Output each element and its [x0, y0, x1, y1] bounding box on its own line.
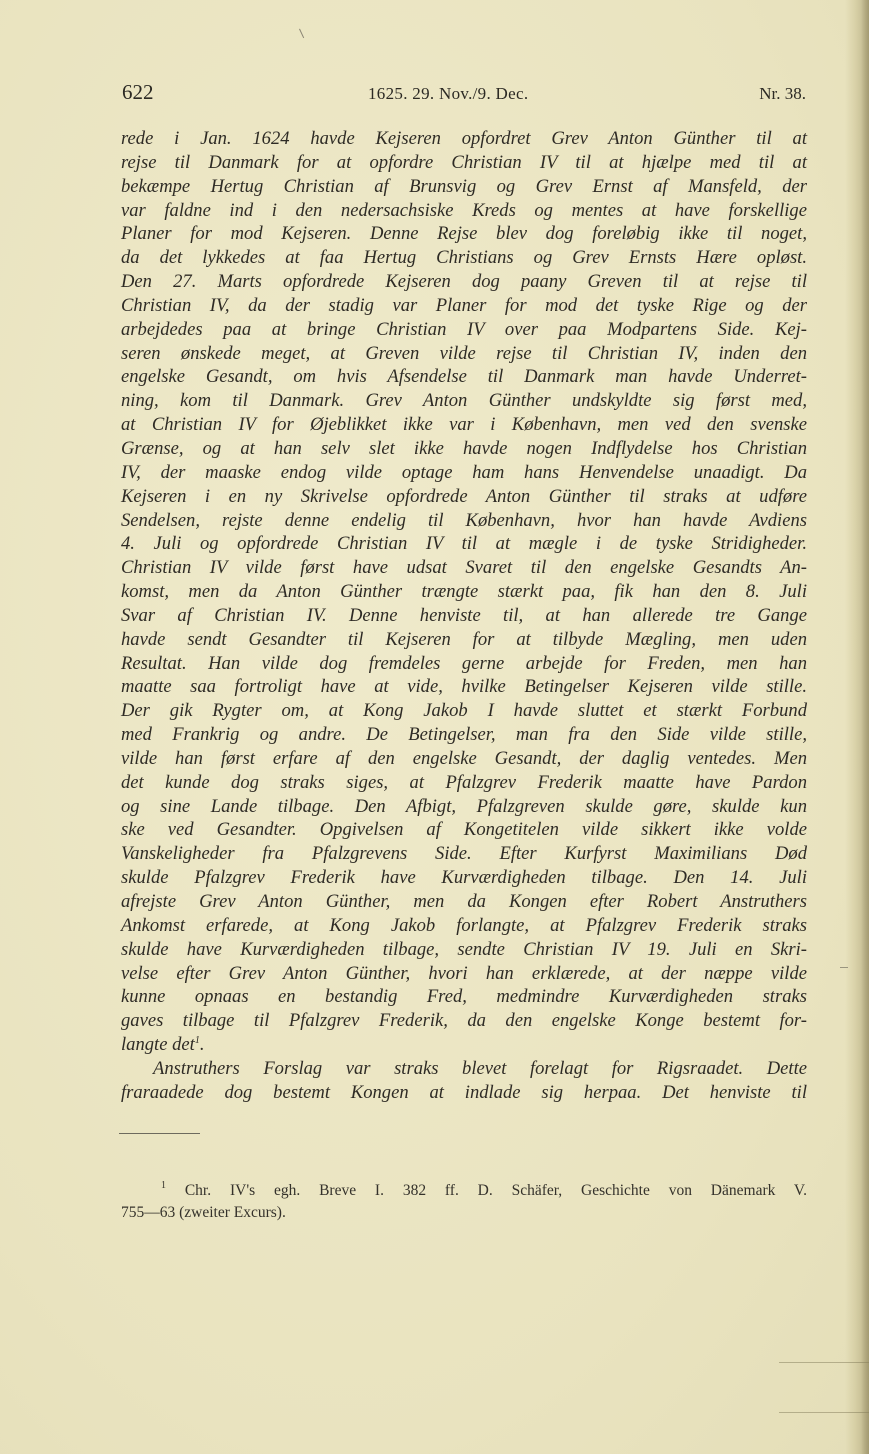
text-line: Christian IV, da der stadig var Planer f…	[121, 294, 807, 318]
text-line: var faldne ind i den nedersachsiske Kred…	[121, 199, 807, 223]
paragraph-start-line: Anstruthers Forslag var straks blevet fo…	[121, 1057, 807, 1081]
text-line: Planer for mod Kejseren. Denne Rejse ble…	[121, 222, 807, 246]
text-line: 4. Juli og opfordrede Christian IV til a…	[121, 532, 807, 556]
text-line: seren ønskede meget, at Greven vilde rej…	[121, 342, 807, 366]
text-line: Resultat. Han vilde dog fremdeles gerne …	[121, 652, 807, 676]
document-number: Nr. 38.	[759, 84, 806, 104]
last-line-text: langte det	[121, 1034, 195, 1055]
text-line: vilde han først erfare af den engelske G…	[121, 747, 807, 771]
text-line: Sendelsen, rejste denne endelig til Købe…	[121, 509, 807, 533]
text-line: afrejste Grev Anton Günther, men da Kong…	[121, 890, 807, 914]
text-line: fraraadede dog bestemt Kongen at indlade…	[121, 1081, 807, 1105]
text-line: gaves tilbage til Pfalzgrev Frederik, da…	[121, 1009, 807, 1033]
text-line: velse efter Grev Anton Günther, hvori ha…	[121, 962, 807, 986]
header-date: 1625. 29. Nov./9. Dec.	[368, 84, 528, 104]
footnote: 1 Chr. IV's egh. Breve I. 382 ff. D. Sch…	[121, 1180, 807, 1224]
text-line: skulde have Kurværdigheden tilbage, send…	[121, 938, 807, 962]
text-line: engelske Gesandt, om hvis Afsendelse til…	[121, 365, 807, 389]
footnote-separator	[119, 1133, 200, 1134]
text-line: Den 27. Marts opfordrede Kejseren dog pa…	[121, 270, 807, 294]
text-line: ske ved Gesandter. Opgivelsen af Kongeti…	[121, 818, 807, 842]
text-line: da det lykkedes at faa Hertug Christians…	[121, 246, 807, 270]
text-line: det kunde dog straks siges, at Pfalzgrev…	[121, 771, 807, 795]
text-line-with-footnote-ref: langte det1.	[121, 1033, 807, 1057]
text-line: Ankomst erfarede, at Kong Jakob forlangt…	[121, 914, 807, 938]
page-number: 622	[122, 80, 154, 105]
text-line: skulde Pfalzgrev Frederik have Kurværdig…	[121, 866, 807, 890]
text-line: Vanskeligheder fra Pfalzgrevens Side. Ef…	[121, 842, 807, 866]
text-line: komst, men da Anton Günther trængte stær…	[121, 580, 807, 604]
text-line: bekæmpe Hertug Christian af Brunsvig og …	[121, 175, 807, 199]
footnote-marker: 1	[161, 1180, 166, 1191]
text-line: rede i Jan. 1624 havde Kejseren opfordre…	[121, 127, 807, 151]
text-line: og sine Lande tilbage. Den Afbigt, Pfalz…	[121, 795, 807, 819]
text-line: Grænse, og at han selv slet ikke havde n…	[121, 437, 807, 461]
page-edge-line	[779, 1362, 869, 1363]
text-line: rejse til Danmark for at opfordre Christ…	[121, 151, 807, 175]
text-line: Christian IV vilde først have udsat Svar…	[121, 556, 807, 580]
margin-mark	[840, 967, 848, 968]
stray-ink-mark	[299, 28, 306, 38]
page-edge-line	[779, 1412, 869, 1413]
text-line: Der gik Rygter om, at Kong Jakob I havde…	[121, 699, 807, 723]
body-text: rede i Jan. 1624 havde Kejseren opfordre…	[121, 127, 807, 1105]
text-line: arbejdedes paa at bringe Christian IV ov…	[121, 318, 807, 342]
footnote-line: 755—63 (zweiter Excurs).	[121, 1202, 807, 1224]
text-line: IV, der maaske endog vilde optage ham ha…	[121, 461, 807, 485]
footnote-text: Chr. IV's egh. Breve I. 382 ff. D. Schäf…	[185, 1182, 807, 1199]
text-line: Svar af Christian IV. Denne henviste til…	[121, 604, 807, 628]
binding-shadow	[861, 0, 869, 1454]
book-page: 622 1625. 29. Nov./9. Dec. Nr. 38. rede …	[0, 0, 869, 1454]
text-line: ning, kom til Danmark. Grev Anton Günthe…	[121, 389, 807, 413]
text-line: maatte saa fortroligt have at vide, hvil…	[121, 675, 807, 699]
footnote-line: 1 Chr. IV's egh. Breve I. 382 ff. D. Sch…	[121, 1180, 807, 1202]
text-line: med Frankrig og andre. De Betingelser, m…	[121, 723, 807, 747]
text-line: havde sendt Gesandter til Kejseren for a…	[121, 628, 807, 652]
text-line: kunne opnaas en bestandig Fred, medmindr…	[121, 985, 807, 1009]
text-line: at Christian IV for Øjeblikket ikke var …	[121, 413, 807, 437]
text-line: Kejseren i en ny Skrivelse opfordrede An…	[121, 485, 807, 509]
running-header: 622 1625. 29. Nov./9. Dec. Nr. 38.	[122, 80, 806, 106]
last-line-end: .	[200, 1034, 205, 1055]
